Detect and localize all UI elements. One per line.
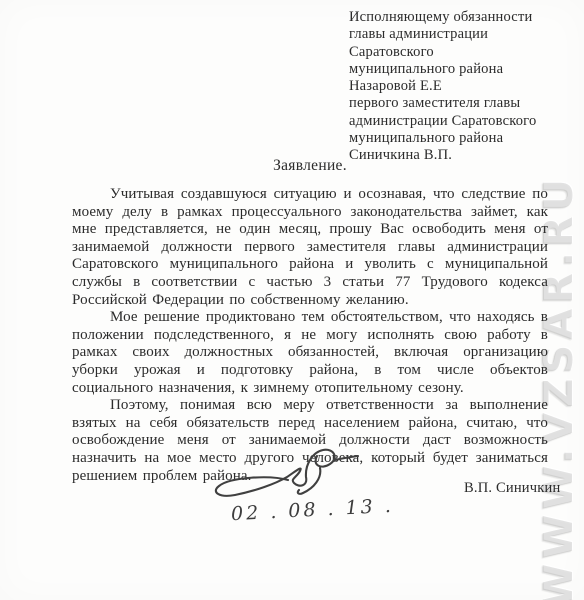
recipient-line: первого заместителя главы xyxy=(349,95,574,112)
recipient-line: муниципального района xyxy=(349,130,574,147)
recipient-line: Исполняющему обязанности xyxy=(349,9,574,26)
recipient-block: Исполняющему обязанности главы администр… xyxy=(349,9,574,165)
signatory-name: В.П. Синичкин xyxy=(464,480,560,497)
letter-title: Заявление. xyxy=(72,157,548,175)
paragraph: Мое решение продиктовано тем обстоятельс… xyxy=(72,309,548,397)
recipient-line: администрации Саратовского xyxy=(349,113,574,130)
paragraph: Учитывая создавшуюся ситуацию и осознава… xyxy=(72,186,548,309)
letter-body: Учитывая создавшуюся ситуацию и осознава… xyxy=(72,186,548,485)
recipient-line: муниципального района xyxy=(349,61,574,78)
recipient-line: Назаровой Е.Е xyxy=(349,78,574,95)
recipient-line: главы администрации Саратовского xyxy=(349,26,574,61)
scanned-letter-page: WWW.VZSAR.RU Исполняющему обязанности гл… xyxy=(0,0,584,600)
